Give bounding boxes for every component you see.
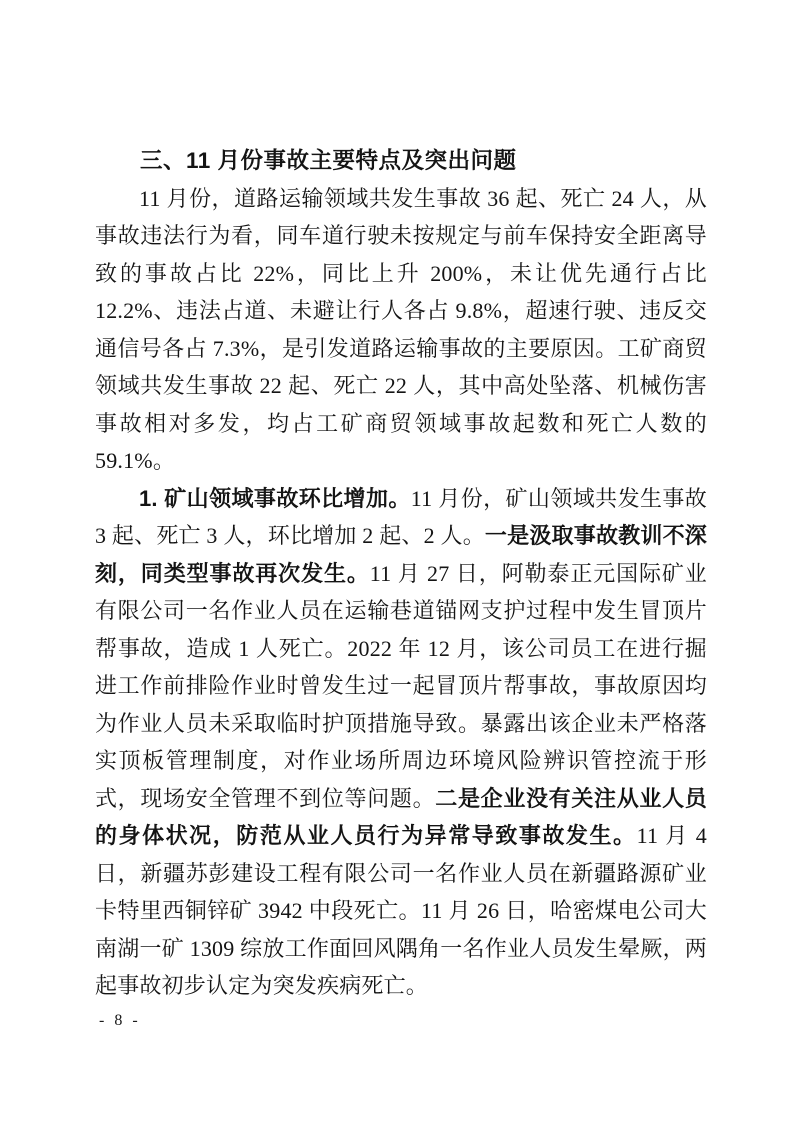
section-heading: 三、11 月份事故主要特点及突出问题 — [95, 142, 707, 180]
text-segment: 11 月 27 日，阿勒泰正元国际矿业有限公司一名作业人员在运输巷道锚网支护过程… — [95, 561, 707, 811]
text-segment: 11 月份，道路运输领域共发生事故 36 起、死亡 24 人，从事故违法行为看，… — [95, 186, 707, 474]
document-content: 三、11 月份事故主要特点及突出问题 11 月份，道路运输领域共发生事故 36 … — [95, 142, 707, 1005]
paragraph: 11 月份，道路运输领域共发生事故 36 起、死亡 24 人，从事故违法行为看，… — [95, 180, 707, 480]
document-page: 三、11 月份事故主要特点及突出问题 11 月份，道路运输领域共发生事故 36 … — [0, 0, 792, 1121]
document-body: 11 月份，道路运输领域共发生事故 36 起、死亡 24 人，从事故违法行为看，… — [95, 180, 707, 1005]
text-segment: 1. 矿山领域事故环比增加。 — [139, 486, 411, 511]
page-number: - 8 - — [99, 1009, 141, 1033]
paragraph: 1. 矿山领域事故环比增加。11 月份，矿山领域共发生事故 3 起、死亡 3 人… — [95, 480, 707, 1005]
text-segment: 11 月 4 日，新疆苏彭建设工程有限公司一名作业人员在新疆路源矿业卡特里西铜锌… — [95, 823, 707, 998]
